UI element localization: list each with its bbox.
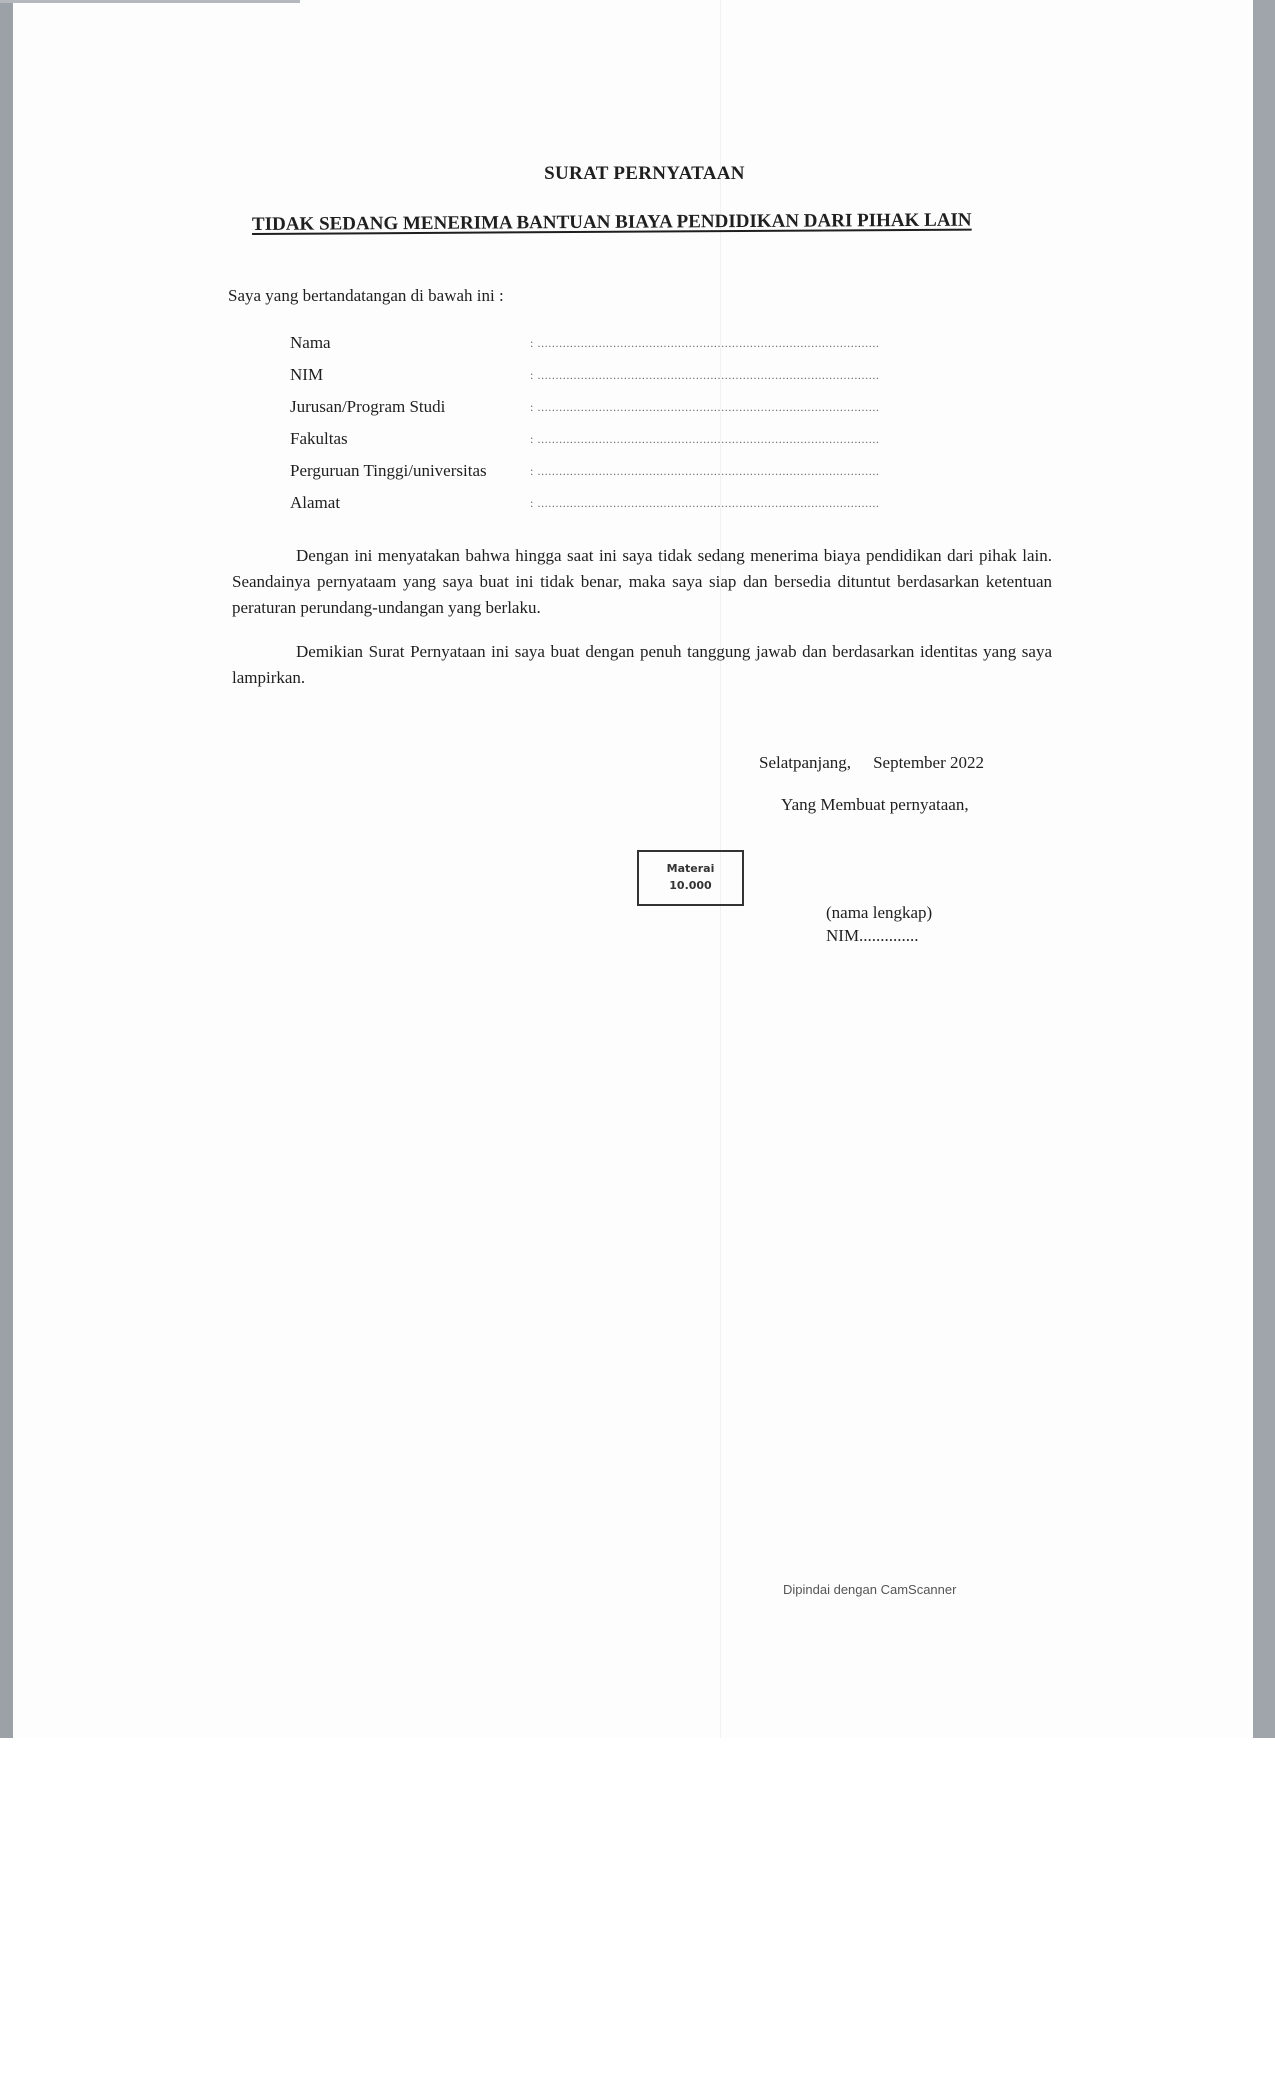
materai-stamp-box: Materai 10.000 [637,850,744,906]
document-subtitle: TIDAK SEDANG MENERIMA BANTUAN BIAYA PEND… [252,210,972,236]
field-label: Fakultas [290,429,530,449]
field-nim: NIM : ..................................… [290,359,1000,391]
closing-paragraph: Demikian Surat Pernyataan ini saya buat … [232,639,1052,691]
identity-fields: Nama : .................................… [290,327,1000,519]
scan-edge-left [0,0,13,1738]
field-perguruan-tinggi: Perguruan Tinggi/universitas : .........… [290,455,1000,487]
field-jurusan: Jurusan/Program Studi : ................… [290,391,1000,423]
field-fakultas: Fakultas : .............................… [290,423,1000,455]
field-blank: : ......................................… [530,496,1000,511]
scan-edge-top [0,0,300,3]
scan-edge-right [1253,0,1275,1738]
field-alamat: Alamat : ...............................… [290,487,1000,519]
field-label: Perguruan Tinggi/universitas [290,461,530,481]
stamp-value: 10.000 [639,877,742,894]
place: Selatpanjang, [759,753,851,772]
field-blank: : ......................................… [530,432,1000,447]
field-label: Nama [290,333,530,353]
field-blank: : ......................................… [530,400,1000,415]
field-nama: Nama : .................................… [290,327,1000,359]
scanner-watermark: Dipindai dengan CamScanner [783,1582,956,1597]
signer-nim: NIM.............. [826,924,932,947]
place-date: Selatpanjang,September 2022 [759,753,984,773]
signer-block: (nama lengkap) NIM.............. [826,901,932,947]
date: September 2022 [873,753,984,772]
field-blank: : ......................................… [530,464,1000,479]
maker-label: Yang Membuat pernyataan, [781,795,969,815]
stamp-label: Materai [639,860,742,877]
field-blank: : ......................................… [530,336,1000,351]
document-title: SURAT PERNYATAAN [0,163,1275,185]
statement-paragraph: Dengan ini menyatakan bahwa hingga saat … [232,543,1052,621]
field-label: NIM [290,365,530,385]
field-label: Jurusan/Program Studi [290,397,530,417]
field-label: Alamat [290,493,530,513]
signer-name: (nama lengkap) [826,901,932,924]
field-blank: : ......................................… [530,368,1000,383]
intro-text: Saya yang bertandatangan di bawah ini : [228,286,504,306]
